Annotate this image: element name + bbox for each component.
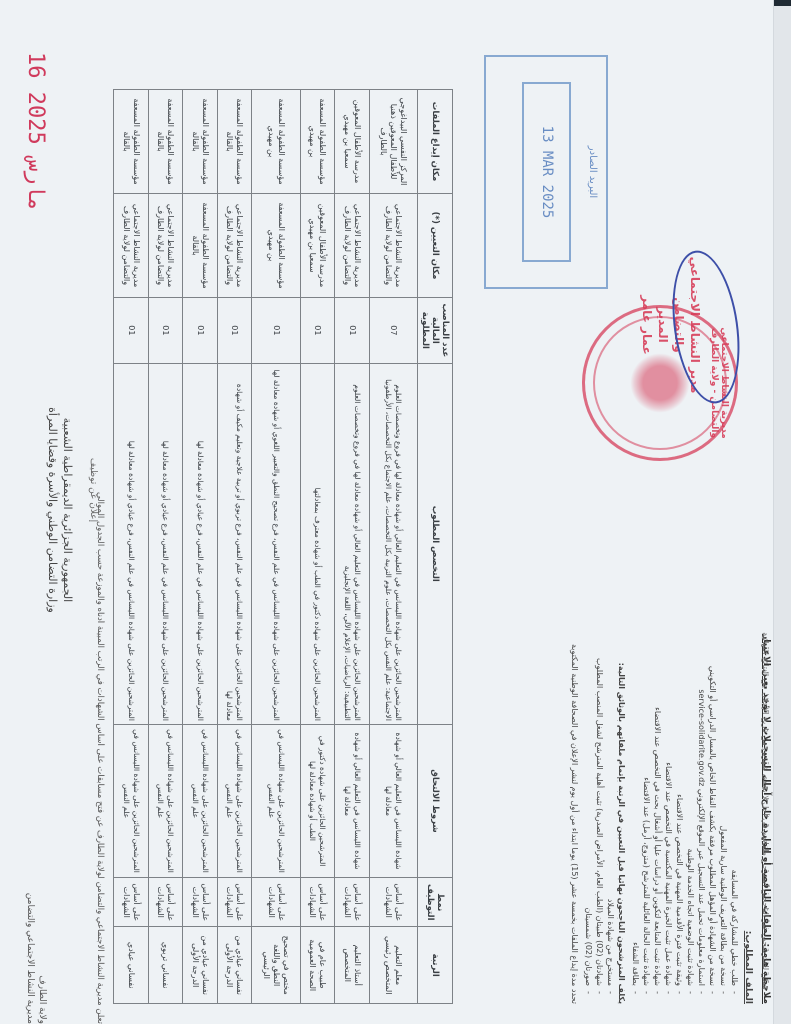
table-row: نفساني عيادي من الدرجة الأولىعلى أساس ال… <box>183 90 218 1004</box>
list-item: شهادة تثبت المتابعة لتكوين أو دراسات علي… <box>652 84 663 994</box>
table-row: نفساني عيادي من الدرجة الأولىعلى أساس ال… <box>217 90 252 1004</box>
republic-title: الجمهورية الجزائرية الديمقراطية الشعبية <box>60 250 75 770</box>
cell-rank: أستاذ التعليم المتخصص <box>335 927 370 1004</box>
cell-workplace: مديرية النشاط الاجتماعي والتضامن لولاية … <box>114 194 149 298</box>
positions-table: الرتبة نمط التوظيف شروط الالتحاق التخصص … <box>113 89 453 1004</box>
cell-mode: على أساس الشهادات <box>148 878 183 927</box>
cell-deposit: المركز النفسي البيداغوجي للأطفال المعوقي… <box>369 90 417 194</box>
cell-rank: نفساني تربوي <box>148 927 183 1004</box>
cell-posts: 01 <box>148 298 183 364</box>
cell-rank: مختص في تصحيح النطق واللغة الرئيسي <box>252 927 300 1004</box>
list-item: نسخة من الشهادة أو المؤهل المطلوب مرفقة … <box>707 84 718 994</box>
directorate-name: مديرية النشاط الاجتماعي والتضامن <box>24 764 36 1024</box>
cell-posts: 01 <box>252 298 300 364</box>
cell-workplace: مديرية النشاط الاجتماعي والتضامن لولاية … <box>369 194 417 298</box>
signature-title: المدير <box>655 255 671 395</box>
cell-workplace: مدرسة الأطفال المعوقين سمعيا بن مهيدي <box>300 194 335 298</box>
received-stamp: البريد الصادر 13 MAR 2025 <box>484 55 608 289</box>
cell-conditions: المترشحين الحائزين على شهادة الليسانس في… <box>217 724 252 877</box>
cell-specialty: المترشحين الحائزين على شهادة الليسانس في… <box>217 363 252 724</box>
table-row: معلم التعليم المتخصص رئيسيعلى أساس الشها… <box>369 90 417 1004</box>
cell-posts: 01 <box>114 298 149 364</box>
cell-rank: طبيب عام في الصحة العمومية <box>300 927 335 1004</box>
cell-specialty: المترشحين الحائزين على شهادة الليسانس في… <box>369 363 417 724</box>
cell-specialty: المترشحين الحائزين على شهادة الليسانس في… <box>335 363 370 724</box>
cell-specialty: المترشحين الحائزين على شهادة الليسانس في… <box>252 363 300 724</box>
cell-conditions: المترشحين الحائزين على شهادة الليسانس في… <box>114 724 149 877</box>
cell-rank: نفساني عيادي من الدرجة الأولى <box>183 927 218 1004</box>
cell-workplace: مديرية النشاط الاجتماعي والتضامن لولاية … <box>335 194 370 298</box>
header-block: الجمهورية الجزائرية الديمقراطية الشعبية … <box>45 250 75 770</box>
list-item: شهادة عمل تثبت الخبرة المهنية المكتسبة ف… <box>663 84 674 994</box>
cell-deposit: مؤسسة الطفولة المسعفة بالقالة <box>148 90 183 194</box>
cell-deposit: مدرسة الأطفال المعوقين سمعيا بن مهيدي <box>335 90 370 194</box>
cell-deposit: مؤسسة الطفولة المسعفة بن مهيدي <box>300 90 335 194</box>
cell-conditions: المترشحين الحائزين على شهادة الليسانس في… <box>148 724 183 877</box>
issuer-block: ولاية الطارف مديرية النشاط الاجتماعي وال… <box>24 764 48 1024</box>
required-file-list: طلب خطي للمشاركة في المسابقة نسخة من بطا… <box>630 84 740 1004</box>
page-edge <box>773 0 791 1024</box>
required-file-title: الملف المطلوب: <box>742 84 753 1004</box>
cell-conditions: شهادة الليسانس في التعليم العالي أو شهاد… <box>335 724 370 877</box>
list-item: استمارة معلومات تحمل عند التسجيل عبر الم… <box>696 84 707 994</box>
cell-workplace: مديرية النشاط الاجتماعي والتضامن لولاية … <box>217 194 252 298</box>
cell-posts: 01 <box>217 298 252 364</box>
cell-posts: 01 <box>335 298 370 364</box>
cell-workplace: مؤسسة الطفولة المسعفة بن مهيدي <box>252 194 300 298</box>
received-label: البريد الصادر <box>587 57 598 287</box>
col-specialty: التخصص المطلوب <box>418 363 453 724</box>
cell-deposit: مؤسسة الطفولة المسعفة بالقالة <box>217 90 252 194</box>
cell-rank: نفساني عيادي <box>114 927 149 1004</box>
list-item: طلب خطي للمشاركة في المسابقة <box>729 84 740 994</box>
cell-deposit: مؤسسة الطفولة المسعفة بالقالة <box>183 90 218 194</box>
table-header-row: الرتبة نمط التوظيف شروط الالتحاق التخصص … <box>418 90 453 1004</box>
list-item: بطاقة الشفاء <box>630 84 641 994</box>
cell-mode: على أساس الشهادات <box>114 878 149 927</box>
cell-mode: على أساس الشهادات <box>335 878 370 927</box>
cell-specialty: المترشحين الحائزين على شهادة دكتور في ال… <box>300 363 335 724</box>
table-row: نفساني تربويعلى أساس الشهاداتالمترشحين ا… <box>148 90 183 1004</box>
cell-workplace: مؤسسة الطفولة المسعفة بالقالة <box>183 194 218 298</box>
table-row: مختص في تصحيح النطق واللغة الرئيسيعلى أس… <box>252 90 300 1004</box>
rotated-document: ملاحظة هامة: الملفات الناقصة أو الواردة … <box>0 0 773 1024</box>
cell-conditions: المترشحين الحائزين على شهادة الليسانس في… <box>252 724 300 877</box>
col-posts: عدد المناصب المالية المطلوبة <box>418 298 453 364</box>
cell-mode: على أساس الشهادات <box>217 878 252 927</box>
signature-name: عمار عامر <box>639 255 655 395</box>
cell-workplace: مديرية النشاط الاجتماعي والتضامن لولاية … <box>148 194 183 298</box>
cell-posts: 01 <box>300 298 335 364</box>
list-item: وثيقة تثبت فترة الأقدمية المهنية في التخ… <box>674 84 685 994</box>
cell-conditions: شهادة الليسانس في التعليم العالي أو شهاد… <box>369 724 417 877</box>
ministry-title: وزارة التضامن الوطني والأسرة وقضايا المر… <box>45 250 60 770</box>
col-rank: الرتبة <box>418 927 453 1004</box>
cell-conditions: المترشحين الحائزين على شهادة الليسانس في… <box>183 724 218 877</box>
cell-specialty: المترشحين الحائزين على شهادة الليسانس في… <box>183 363 218 724</box>
list-item: شهادة تثبت الحالة العائلية للمترشح (متزو… <box>641 84 652 994</box>
cell-rank: نفساني عيادي من الدرجة الأولى <box>217 927 252 1004</box>
wilaya-name: ولاية الطارف <box>36 764 48 1024</box>
cell-posts: 01 <box>183 298 218 364</box>
cell-mode: على أساس الشهادات <box>369 878 417 927</box>
col-deposit: مكان إيداع الملفات <box>418 90 453 194</box>
list-item: شهادة تثبت الوضعية اتجاه الخدمة الوطنية <box>685 84 696 994</box>
col-workplace: مكان التعيين (*) <box>418 194 453 298</box>
cell-mode: على أساس الشهادات <box>300 878 335 927</box>
cell-specialty: المترشحين الحائزين على شهادة الليسانس في… <box>148 363 183 724</box>
cell-mode: على أساس الشهادات <box>252 878 300 927</box>
col-conditions: شروط الالتحاق <box>418 724 453 877</box>
footer-line: يمكن للمترشحين غير الناجحين استرجاع ملفا… <box>761 290 770 990</box>
col-mode: نمط التوظيف <box>418 878 453 927</box>
table-row: نفساني عياديعلى أساس الشهاداتالمترشحين ا… <box>114 90 149 1004</box>
cell-posts: 07 <box>369 298 417 364</box>
cell-deposit: مؤسسة الطفولة المسعفة بن مهيدي <box>252 90 300 194</box>
cell-rank: معلم التعليم المتخصص رئيسي <box>369 927 417 1004</box>
winners-title: يكلف المترشحون الناجحون نهائيا قبل التعي… <box>616 84 627 1004</box>
cell-mode: على أساس الشهادات <box>183 878 218 927</box>
received-date: 13 MAR 2025 <box>522 82 571 262</box>
intro-text: تعلن مديرية النشاط الاجتماعي والتضامن لو… <box>95 24 105 1024</box>
list-item: نسخة من بطاقة التعريف الوطنية سارية المف… <box>718 84 729 994</box>
date-stamp: 16 مارس 2025 <box>23 52 48 211</box>
table-row: أستاذ التعليم المتخصصعلى أساس الشهاداتشه… <box>335 90 370 1004</box>
table-row: طبيب عام في الصحة العموميةعلى أساس الشها… <box>300 90 335 1004</box>
cell-conditions: المترشحين الحائزين على شهادة دكتور في ال… <box>300 724 335 877</box>
cell-deposit: مؤسسة الطفولة المسعفة بالقالة <box>114 90 149 194</box>
cell-specialty: المترشحين الحائزين على شهادة الليسانس في… <box>114 363 149 724</box>
